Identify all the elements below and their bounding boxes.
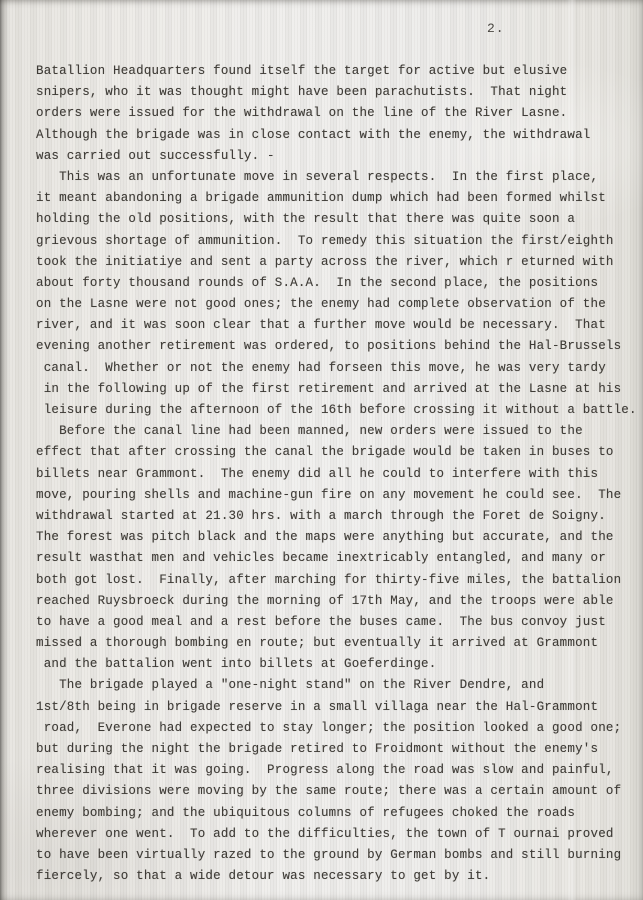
- text-line: evening another retirement was ordered, …: [36, 336, 636, 357]
- text-line: result wasthat men and vehicles became i…: [36, 548, 636, 569]
- text-line: 1st/8th being in brigade reserve in a sm…: [36, 697, 636, 718]
- text-line: withdrawal started at 21.30 hrs. with a …: [36, 506, 636, 527]
- text-line: and the battalion went into billets at G…: [36, 654, 636, 675]
- text-line: but during the night the brigade retired…: [36, 739, 636, 760]
- text-line: Before the canal line had been manned, n…: [36, 421, 636, 442]
- text-line: on the Lasne were not good ones; the ene…: [36, 294, 636, 315]
- text-line: holding the old positions, with the resu…: [36, 209, 636, 230]
- text-line: in the following up of the first retirem…: [36, 379, 636, 400]
- text-line: Batallion Headquarters found itself the …: [36, 61, 636, 82]
- text-line: reached Ruysbroeck during the morning of…: [36, 591, 636, 612]
- text-line: fiercely, so that a wide detour was nece…: [36, 866, 636, 887]
- text-line: to have been virtually razed to the grou…: [36, 845, 636, 866]
- text-line: wherever one went. To add to the difficu…: [36, 824, 636, 845]
- text-line: grievous shortage of ammunition. To reme…: [36, 231, 636, 252]
- text-line: The brigade played a "one-night stand" o…: [36, 675, 636, 696]
- text-line: took the initiatiye and sent a party acr…: [36, 252, 636, 273]
- text-line: missed a thorough bombing en route; but …: [36, 633, 636, 654]
- text-line: move, pouring shells and machine-gun fir…: [36, 485, 636, 506]
- text-line: to have a good meal and a rest before th…: [36, 612, 636, 633]
- document-body: Batallion Headquarters found itself the …: [36, 61, 636, 887]
- text-line: it meant abandoning a brigade ammunition…: [36, 188, 636, 209]
- text-line: effect that after crossing the canal the…: [36, 442, 636, 463]
- typewritten-document-page: 2. Batallion Headquarters found itself t…: [0, 0, 643, 900]
- text-line: billets near Grammont. The enemy did all…: [36, 464, 636, 485]
- text-line: three divisions were moving by the same …: [36, 781, 636, 802]
- text-line: snipers, who it was thought might have b…: [36, 82, 636, 103]
- text-line: canal. Whether or not the enemy had fors…: [36, 358, 636, 379]
- text-line: This was an unfortunate move in several …: [36, 167, 636, 188]
- text-line: Although the brigade was in close contac…: [36, 125, 636, 146]
- page-number: 2.: [487, 21, 505, 36]
- scan-edge-shadow: [0, 0, 10, 900]
- text-line: leisure during the afternoon of the 16th…: [36, 400, 636, 421]
- text-line: orders were issued for the withdrawal on…: [36, 103, 636, 124]
- text-line: was carried out successfully. -: [36, 146, 636, 167]
- text-line: enemy bombing; and the ubiquitous column…: [36, 803, 636, 824]
- text-line: about forty thousand rounds of S.A.A. In…: [36, 273, 636, 294]
- text-line: river, and it was soon clear that a furt…: [36, 315, 636, 336]
- text-line: The forest was pitch black and the maps …: [36, 527, 636, 548]
- text-line: both got lost. Finally, after marching f…: [36, 570, 636, 591]
- text-line: realising that it was going. Progress al…: [36, 760, 636, 781]
- text-line: road, Everone had expected to stay longe…: [36, 718, 636, 739]
